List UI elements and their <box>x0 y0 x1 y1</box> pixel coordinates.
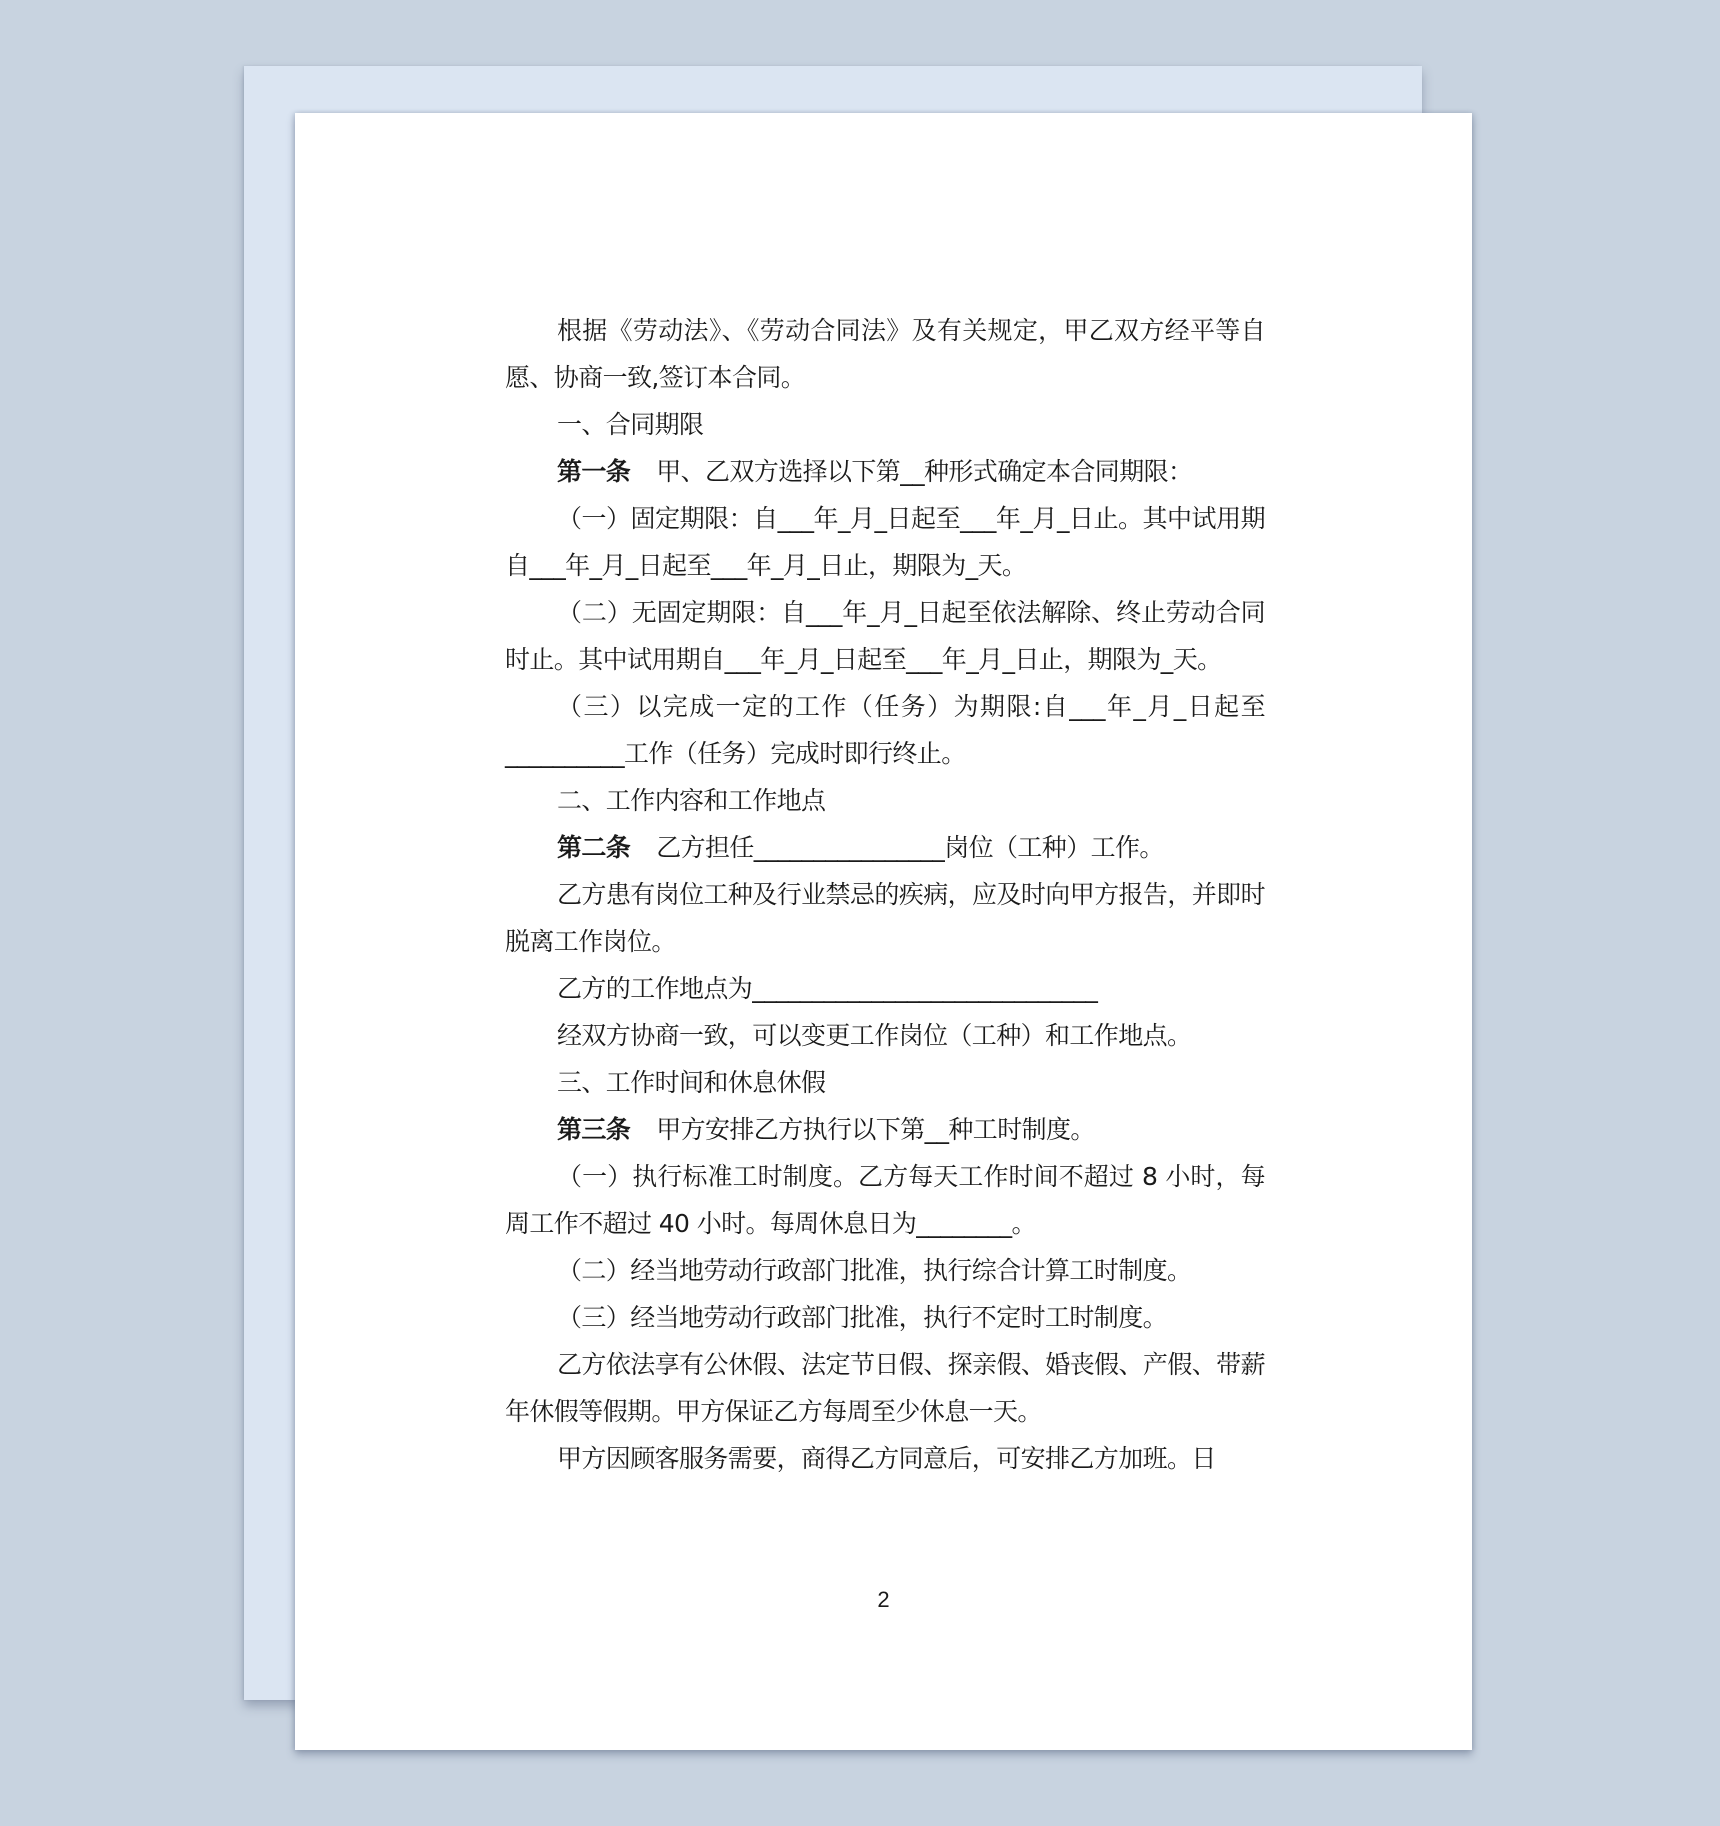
clause-open-term: （二）无固定期限：自___年_月_日起至依法解除、终止劳动合同时止。其中试用期自… <box>505 589 1265 683</box>
article-label: 第一条 <box>557 457 630 486</box>
paragraph-overtime: 甲方因顾客服务需要，商得乙方同意后，可安排乙方加班。日 <box>505 1435 1265 1482</box>
article-2: 第二条乙方担任________________岗位（工种）工作。 <box>505 824 1265 871</box>
section-heading-contract-term: 一、合同期限 <box>505 401 1265 448</box>
article-text: 甲方安排乙方执行以下第__种工时制度。 <box>656 1115 1095 1144</box>
document-page: 根据《劳动法》、《劳动合同法》及有关规定，甲乙双方经平等自愿、协商一致,签订本合… <box>295 113 1472 1750</box>
paragraph-change-position: 经双方协商一致，可以变更工作岗位（工种）和工作地点。 <box>505 1012 1265 1059</box>
clause-fixed-term: （一）固定期限：自___年_月_日起至___年_月_日止。其中试用期自___年_… <box>505 495 1265 589</box>
paragraph-work-location: 乙方的工作地点为_____________________________ <box>505 965 1265 1012</box>
article-label: 第二条 <box>557 833 630 862</box>
clause-standard-hours: （一）执行标准工时制度。乙方每天工作时间不超过 8 小时，每周工作不超过 40 … <box>505 1153 1265 1247</box>
article-text: 甲、乙双方选择以下第__种形式确定本合同期限： <box>656 457 1192 486</box>
article-label: 第三条 <box>557 1115 630 1144</box>
article-1: 第一条甲、乙双方选择以下第__种形式确定本合同期限： <box>505 448 1265 495</box>
intro-paragraph: 根据《劳动法》、《劳动合同法》及有关规定，甲乙双方经平等自愿、协商一致,签订本合… <box>505 307 1265 401</box>
section-heading-working-hours: 三、工作时间和休息休假 <box>505 1059 1265 1106</box>
article-3: 第三条甲方安排乙方执行以下第__种工时制度。 <box>505 1106 1265 1153</box>
paragraph-leave: 乙方依法享有公休假、法定节日假、探亲假、婚丧假、产假、带薪年休假等假期。甲方保证… <box>505 1341 1265 1435</box>
paragraph-disease-report: 乙方患有岗位工种及行业禁忌的疾病，应及时向甲方报告，并即时脱离工作岗位。 <box>505 871 1265 965</box>
clause-flexible-hours: （三）经当地劳动行政部门批准，执行不定时工时制度。 <box>505 1294 1265 1341</box>
clause-comprehensive-hours: （二）经当地劳动行政部门批准，执行综合计算工时制度。 <box>505 1247 1265 1294</box>
page-number: 2 <box>295 1587 1472 1613</box>
clause-task-term: （三）以完成一定的工作（任务）为期限:自___年_月_日起至__________… <box>505 683 1265 777</box>
section-heading-work-content: 二、工作内容和工作地点 <box>505 777 1265 824</box>
document-body: 根据《劳动法》、《劳动合同法》及有关规定，甲乙双方经平等自愿、协商一致,签订本合… <box>505 307 1265 1482</box>
article-text: 乙方担任________________岗位（工种）工作。 <box>656 833 1164 862</box>
